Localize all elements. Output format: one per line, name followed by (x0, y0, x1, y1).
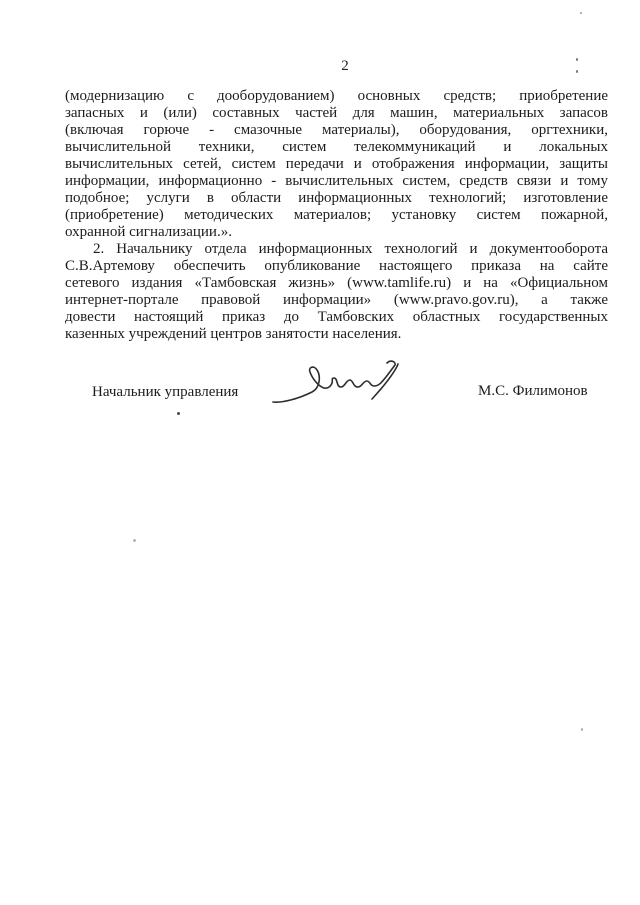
text-line: информации, информационно - вычислительн… (65, 173, 608, 190)
text-line: подобное; услуги в области информационны… (65, 190, 608, 207)
scan-speck (133, 539, 136, 542)
text-line: С.В.Артемову обеспечить опубликование на… (65, 258, 608, 275)
scan-speck (177, 412, 180, 415)
text-line: (модернизацию с дооборудованием) основны… (65, 88, 608, 105)
text-line: казенных учреждений центров занятости на… (65, 326, 608, 343)
scan-speck (580, 12, 582, 14)
handwritten-signature-icon (268, 350, 408, 405)
signatory-name: М.С. Филимонов (478, 383, 588, 400)
text-line: сетевого издания «Тамбовская жизнь» (www… (65, 275, 608, 292)
text-line: вычислительной техники, систем телекомму… (65, 139, 608, 156)
text-line: довести настоящий приказ до Тамбовских о… (65, 309, 608, 326)
text-line: интернет-портале правовой информации» (w… (65, 292, 608, 309)
text-line: (приобретение) методических материалов; … (65, 207, 608, 224)
document-body: (модернизацию с дооборудованием) основны… (65, 88, 608, 343)
text-line: (включая горюче - смазочные материалы), … (65, 122, 608, 139)
text-line: 2. Начальнику отдела информационных техн… (65, 241, 608, 258)
text-line: запасных и (или) составных частей для ма… (65, 105, 608, 122)
scanned-document-page: 2 (модернизацию с дооборудованием) основ… (0, 0, 640, 905)
page-number: 2 (341, 58, 349, 75)
scan-speck (576, 58, 578, 61)
scan-speck (581, 728, 583, 731)
scan-speck (576, 70, 578, 73)
text-line: охранной сигнализации.». (65, 224, 608, 241)
text-line: вычислительных сетей, систем передачи и … (65, 156, 608, 173)
signatory-role: Начальник управления (92, 384, 238, 401)
